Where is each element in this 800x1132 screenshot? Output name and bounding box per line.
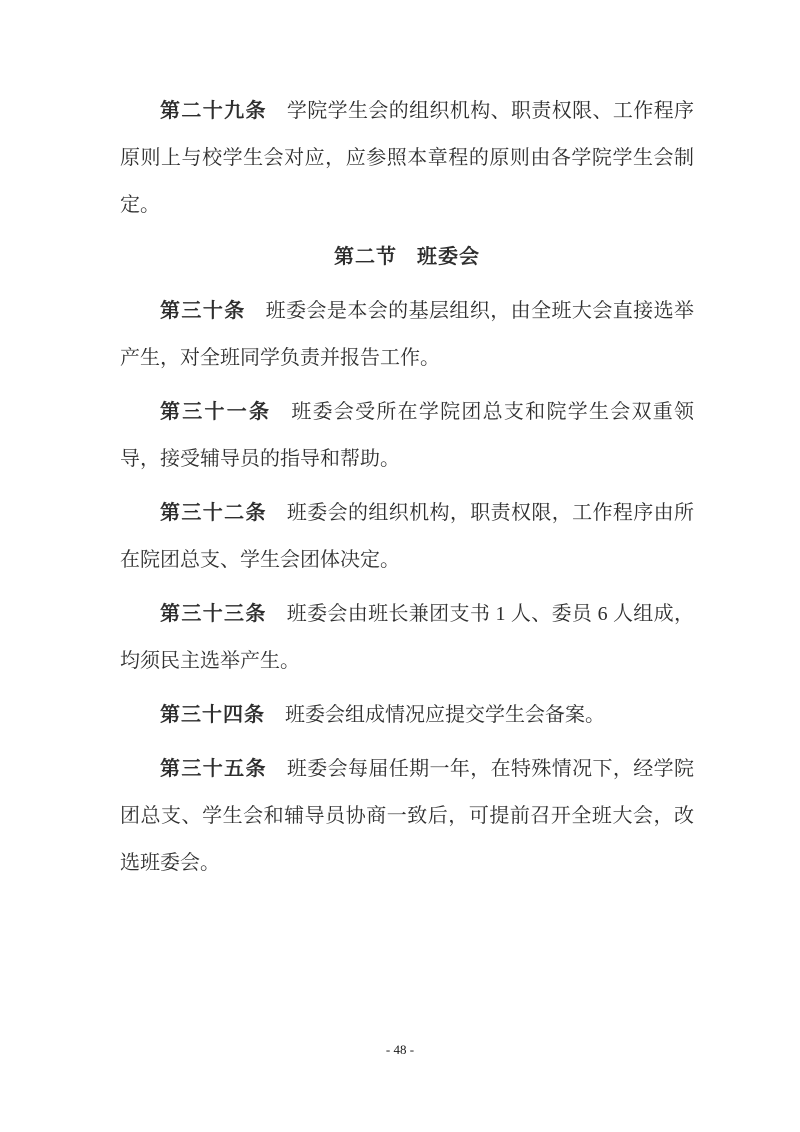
article-number: 第三十四条 [160,704,285,726]
article-paragraph-32: 第三十二条班委会的组织机构，职责权限，工作程序由所在院团总支、学生会团体决定。 [120,490,694,584]
section-heading: 第二节班委会 [120,234,694,281]
article-number: 第三十二条 [160,502,287,524]
article-paragraph-30: 第三十条班委会是本会的基层组织，由全班大会直接选举产生，对全班同学负责并报告工作… [120,288,694,382]
article-paragraph-33: 第三十三条班委会由班长兼团支书 1 人、委员 6 人组成，均须民主选举产生。 [120,591,694,685]
article-paragraph-35: 第三十五条班委会每届任期一年，在特殊情况下，经学院团总支、学生会和辅导员协商一致… [120,746,694,887]
article-number: 第三十条 [160,300,266,322]
article-paragraph-34: 第三十四条班委会组成情况应提交学生会备案。 [120,692,694,739]
article-number: 第二十九条 [160,100,287,122]
article-number: 第三十一条 [160,401,291,423]
section-heading-title: 班委会 [417,246,480,268]
article-number: 第三十三条 [160,603,287,625]
page-number-footer: - 48 - [0,1042,800,1058]
section-heading-label: 第二节 [334,246,417,268]
article-paragraph-29: 第二十九条学院学生会的组织机构、职责权限、工作程序原则上与校学生会对应，应参照本… [120,88,694,229]
document-body: 第二十九条学院学生会的组织机构、职责权限、工作程序原则上与校学生会对应，应参照本… [120,88,694,887]
document-page: 第二十九条学院学生会的组织机构、职责权限、工作程序原则上与校学生会对应，应参照本… [0,0,800,1132]
article-number: 第三十五条 [160,758,287,780]
article-text: 班委会组成情况应提交学生会备案。 [285,704,605,726]
article-paragraph-31: 第三十一条班委会受所在学院团总支和院学生会双重领导，接受辅导员的指导和帮助。 [120,389,694,483]
